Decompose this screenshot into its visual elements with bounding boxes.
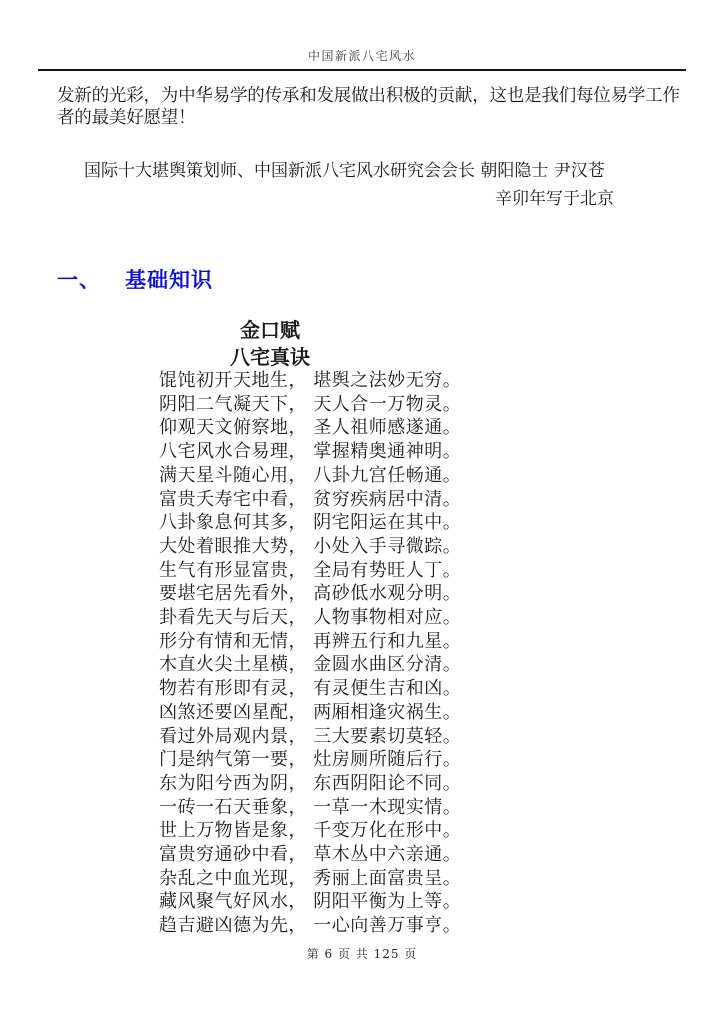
poem-verse-line: 大处着眼推大势， 小处入手寻微踪。 — [159, 535, 461, 559]
poem-verse-line: 八卦象息何其多， 阴宅阳运在其中。 — [159, 511, 461, 535]
poem-title-sub: 八宅真诀 — [160, 344, 380, 371]
document-page: 中国新派八宅风水 发新的光彩，为中华易学的传承和发展做出积极的贡献，这也是我们每… — [0, 0, 724, 1024]
poem-verse-line: 富贵夭寿宅中看， 贫穷疾病居中清。 — [159, 488, 461, 512]
poem-verse-lines: 馄饨初开天地生， 堪舆之法妙无穷。阴阳二气凝天下， 天人合一万物灵。仰观天文俯察… — [159, 369, 461, 938]
signature-authors: 国际十大堪舆策划师、中国新派八宅风水研究会会长 朝阳隐士 尹汉苍 — [84, 157, 614, 185]
poem-verse-line: 木直火尖土星横， 金圆水曲区分清。 — [159, 653, 461, 677]
section-number: 一、 — [57, 264, 125, 294]
poem-verse-line: 看过外局观内景， 三大要素切莫轻。 — [159, 725, 461, 749]
poem-verse-line: 世上万物皆是象， 千变万化在形中。 — [159, 819, 461, 843]
intro-line: 发新的光彩，为中华易学的传承和发展做出积极的贡献，这也是我们每位易学工作 — [57, 86, 675, 108]
poem-verse-line: 门是纳气第一要， 灶房厕所随后行。 — [159, 748, 461, 772]
poem-verse-line: 一砖一石天垂象， 一草一木现实情。 — [159, 796, 461, 820]
section-title: 基础知识 — [125, 268, 213, 292]
header-title: 中国新派八宅风水 — [308, 49, 416, 63]
poem-verse-line: 生气有形显富贵， 全局有势旺人丁。 — [159, 559, 461, 583]
poem-verse-line: 八宅风水合易理， 掌握精奥通神明。 — [159, 440, 461, 464]
poem-verse-line: 富贵穷通砂中看， 草木丛中六亲通。 — [159, 843, 461, 867]
poem-verse-line: 趋吉避凶德为先， 一心向善万事亨。 — [159, 914, 461, 938]
poem-verse-line: 仰观天文俯察地， 圣人祖师感遂通。 — [159, 416, 461, 440]
poem-verse-line: 物若有形即有灵， 有灵便生吉和凶。 — [159, 677, 461, 701]
signature-date-place: 辛卯年写于北京 — [84, 185, 614, 213]
intro-line: 者的最美好愿望！ — [57, 108, 675, 130]
poem-verse-line: 卦看先天与后天， 人物事物相对应。 — [159, 606, 461, 630]
page-header: 中国新派八宅风水 — [0, 47, 724, 64]
header-rule — [38, 69, 686, 71]
poem-verse-line: 凶煞还要凶星配， 两厢相逢灾祸生。 — [159, 701, 461, 725]
poem-verse-line: 藏风聚气好风水， 阴阳平衡为上等。 — [159, 890, 461, 914]
poem-verse-line: 要堪宅居先看外， 高砂低水观分明。 — [159, 582, 461, 606]
poem-verse-line: 阴阳二气凝天下， 天人合一万物灵。 — [159, 393, 461, 417]
intro-paragraph: 发新的光彩，为中华易学的传承和发展做出积极的贡献，这也是我们每位易学工作者的最美… — [57, 86, 675, 129]
poem-verse-line: 东为阳兮西为阴， 东西阴阳论不同。 — [159, 772, 461, 796]
poem-verse-line: 形分有情和无情， 再辨五行和九星。 — [159, 630, 461, 654]
section-heading: 一、基础知识 — [57, 264, 213, 294]
page-footer: 第 6 页 共 125 页 — [0, 945, 724, 962]
poem-title-main: 金口赋 — [160, 317, 380, 344]
signature-block: 国际十大堪舆策划师、中国新派八宅风水研究会会长 朝阳隐士 尹汉苍 辛卯年写于北京 — [84, 157, 614, 213]
poem-verse-line: 杂乱之中血光现， 秀丽上面富贵呈。 — [159, 867, 461, 891]
poem-verse-line: 满天星斗随心用， 八卦九宫任畅通。 — [159, 464, 461, 488]
poem-verse-line: 馄饨初开天地生， 堪舆之法妙无穷。 — [159, 369, 461, 393]
poem-title-block: 金口赋 八宅真诀 — [160, 317, 380, 370]
